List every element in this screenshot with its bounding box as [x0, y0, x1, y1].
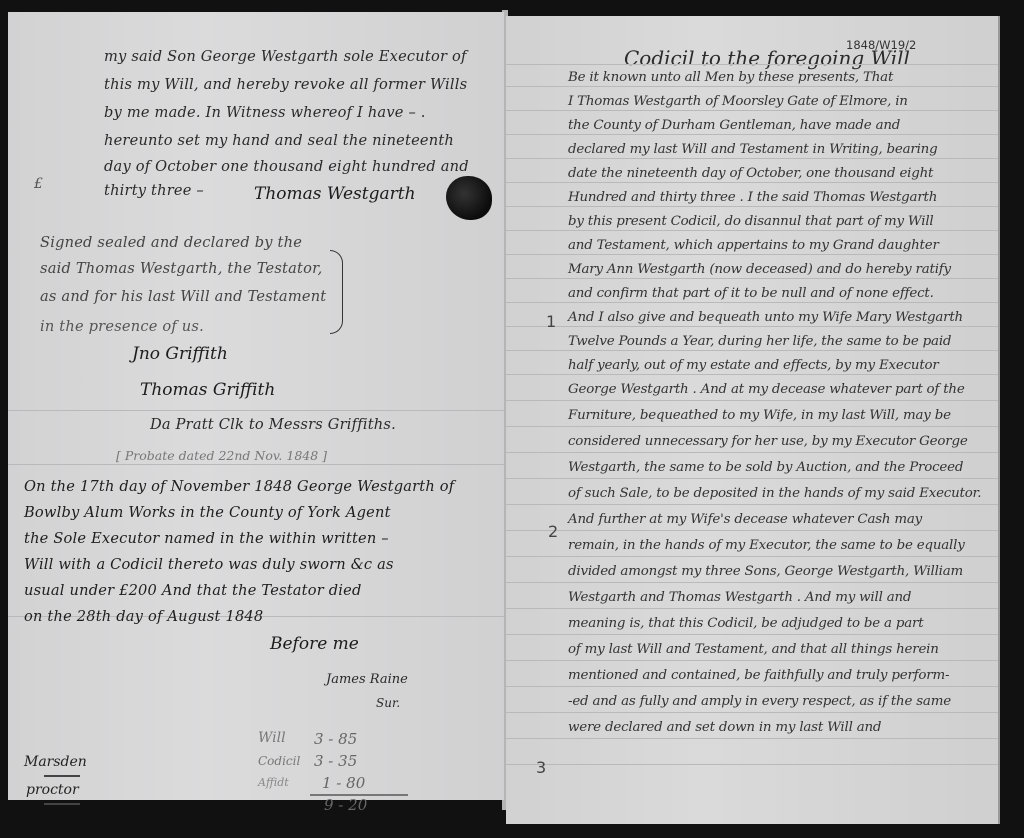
proctor-title-underline: [44, 803, 80, 805]
attestation-brace: [330, 250, 343, 334]
attestation-line: as and for his last Will and Testament: [40, 288, 326, 305]
surrogate-signature: James Raine: [326, 672, 408, 687]
codicil-line: Hundred and thirty three . I the said Th…: [568, 190, 937, 205]
attestation-line: in the presence of us.: [40, 318, 204, 335]
will-page-left: my said Son George Westgarth sole Execut…: [8, 12, 504, 800]
codicil-line: and Testament, which appertains to my Gr…: [568, 238, 939, 253]
probate-date-note: [ Probate dated 22nd Nov. 1848 ]: [116, 448, 327, 463]
codicil-line: Westgarth, the same to be sold by Auctio…: [568, 460, 963, 475]
codicil-line: Be it known unto all Men by these presen…: [568, 70, 893, 85]
fee-will-amount: 3 - 85: [314, 730, 357, 748]
codicil-line: Furniture, bequeathed to my Wife, in my …: [568, 408, 951, 423]
margin-number: 2: [548, 522, 558, 541]
fee-codicil-label: Codicil: [258, 754, 300, 768]
codicil-line: George Westgarth . And at my decease wha…: [568, 382, 965, 397]
fee-will-label: Will: [258, 730, 286, 746]
proctor-title: proctor: [26, 782, 79, 798]
will-closing-line: my said Son George Westgarth sole Execut…: [104, 48, 467, 65]
codicil-line: by this present Codicil, do disannul tha…: [568, 214, 934, 229]
will-closing-line: thirty three –: [104, 182, 204, 199]
codicil-line: half yearly, out of my estate and effect…: [568, 358, 939, 373]
codicil-line: Mary Ann Westgarth (now deceased) and do…: [568, 262, 951, 277]
codicil-line: And I also give and bequeath unto my Wif…: [568, 310, 963, 325]
attestation-line: said Thomas Westgarth, the Testator,: [40, 260, 322, 277]
codicil-line: Westgarth and Thomas Westgarth . And my …: [568, 590, 911, 605]
margin-number: 3: [536, 758, 546, 777]
wax-seal-icon: [446, 176, 492, 220]
codicil-line: of such Sale, to be deposited in the han…: [568, 486, 981, 501]
codicil-line: mentioned and contained, be faithfully a…: [568, 668, 949, 683]
codicil-line: I Thomas Westgarth of Moorsley Gate of E…: [568, 94, 908, 109]
probate-line: Bowlby Alum Works in the County of York …: [24, 504, 391, 521]
probate-line: Will with a Codicil thereto was duly swo…: [24, 556, 394, 573]
probate-line: on the 28th day of August 1848: [24, 608, 263, 625]
codicil-title: Codicil to the foregoing Will: [624, 46, 910, 70]
will-closing-line: by me made. In Witness whereof I have – …: [104, 104, 426, 121]
codicil-line: And further at my Wife's decease whateve…: [568, 512, 922, 527]
codicil-line: date the nineteenth day of October, one …: [568, 166, 933, 181]
clerk-note: Da Pratt Clk to Messrs Griffiths.: [150, 416, 396, 433]
testator-signature: Thomas Westgarth: [254, 184, 416, 204]
will-closing-line: hereunto set my hand and seal the ninete…: [104, 132, 454, 149]
codicil-line: of my last Will and Testament, and that …: [568, 642, 939, 657]
witness-signature: Thomas Griffith: [140, 380, 275, 400]
codicil-line: and confirm that part of it to be null a…: [568, 286, 934, 301]
codicil-line: the County of Durham Gentleman, have mad…: [568, 118, 900, 133]
proctor-name: Marsden: [24, 754, 87, 770]
attestation-line: Signed sealed and declared by the: [40, 234, 302, 251]
page-rule: [8, 464, 504, 465]
page-rule: [8, 410, 504, 411]
codicil-line: Twelve Pounds a Year, during her life, t…: [568, 334, 951, 349]
fee-affidavit-amount: 1 - 80: [322, 774, 365, 792]
codicil-page-right: 1848/W19/2 Codicil to the foregoing Will…: [506, 16, 1000, 824]
pound-margin-mark: £: [34, 176, 43, 192]
fee-codicil-amount: 3 - 35: [314, 752, 357, 770]
codicil-line: divided amongst my three Sons, George We…: [568, 564, 963, 579]
proctor-name-underline: [44, 775, 80, 777]
fee-total: 9 - 20: [324, 796, 367, 814]
probate-line: On the 17th day of November 1848 George …: [24, 478, 454, 495]
codicil-line: -ed and as fully and amply in every resp…: [568, 694, 951, 709]
codicil-line: were declared and set down in my last Wi…: [568, 720, 881, 735]
surrogate-title: Sur.: [376, 696, 400, 710]
witness-signature: Jno Griffith: [132, 344, 228, 364]
fee-affidavit-label: Affidt: [258, 776, 289, 789]
codicil-line: remain, in the hands of my Executor, the…: [568, 538, 965, 553]
codicil-line: meaning is, that this Codicil, be adjudg…: [568, 616, 923, 631]
codicil-line: considered unnecessary for her use, by m…: [568, 434, 968, 449]
probate-line: the Sole Executor named in the within wr…: [24, 530, 389, 547]
codicil-line: declared my last Will and Testament in W…: [568, 142, 937, 157]
margin-number: 1: [546, 312, 556, 331]
before-me-label: Before me: [270, 634, 359, 654]
will-closing-line: day of October one thousand eight hundre…: [104, 158, 469, 175]
will-closing-line: this my Will, and hereby revoke all form…: [104, 76, 467, 93]
probate-line: usual under £200 And that the Testator d…: [24, 582, 362, 599]
